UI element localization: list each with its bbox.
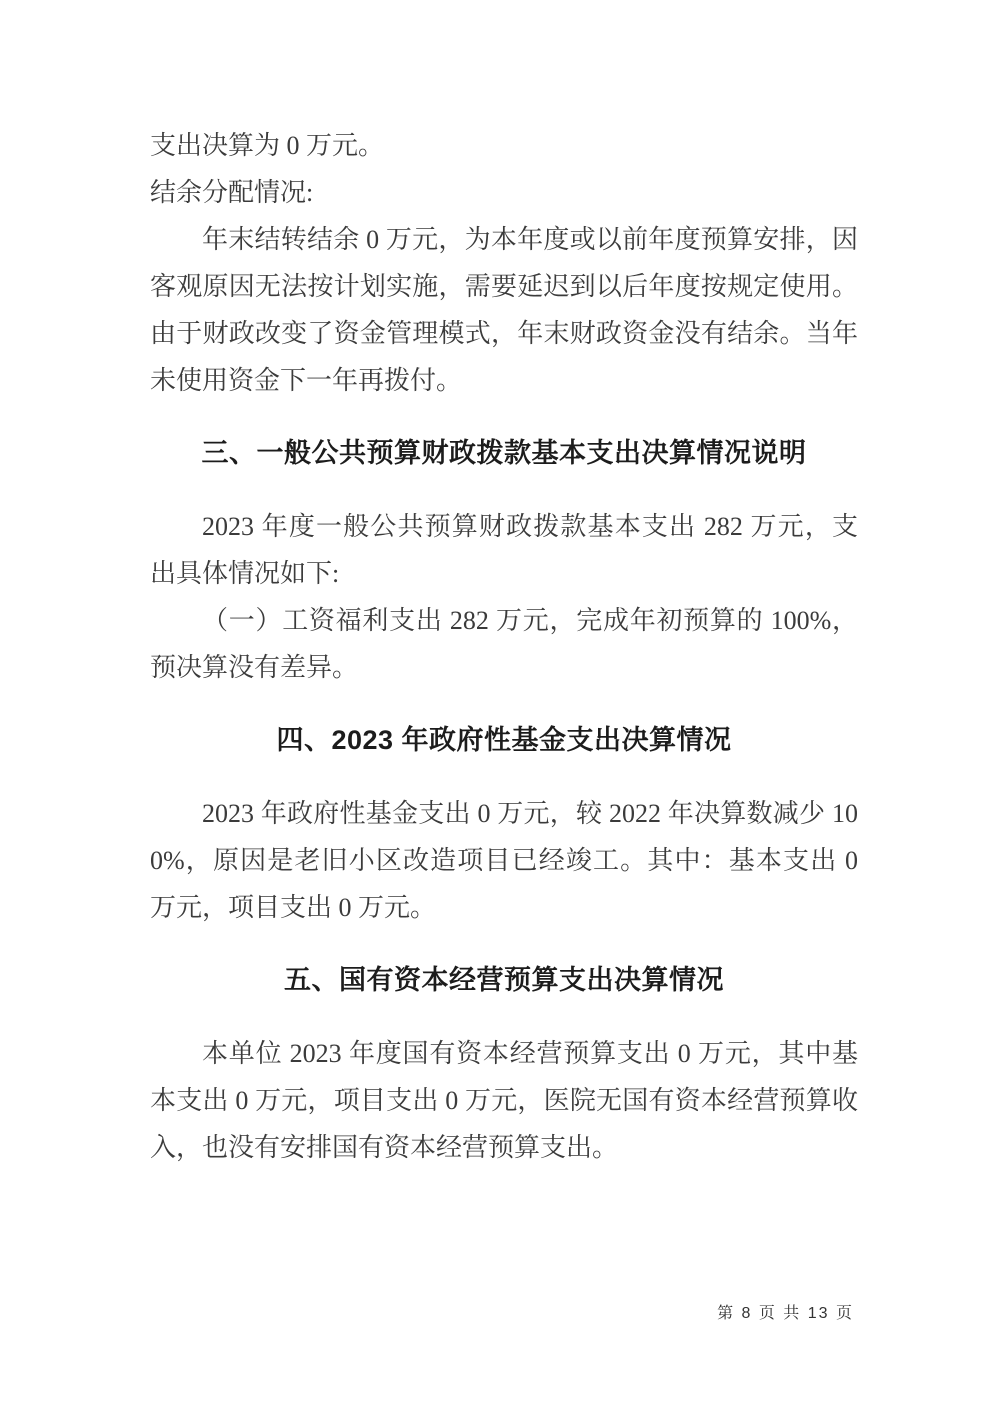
- paragraph-section5-state-capital-detail: 本单位 2023 年度国有资本经营预算支出 0 万元，其中基本支出 0 万元，项…: [150, 1030, 858, 1171]
- section-heading-4-government-fund: 四、2023 年政府性基金支出决算情况: [150, 717, 858, 764]
- document-body: 支出决算为 0 万元。 结余分配情况: 年末结转结余 0 万元，为本年度或以前年…: [150, 122, 858, 1171]
- document-page: 支出决算为 0 万元。 结余分配情况: 年末结转结余 0 万元，为本年度或以前年…: [0, 0, 1000, 1414]
- paragraph-section3-intro: 2023 年度一般公共预算财政拨款基本支出 282 万元，支出具体情况如下:: [150, 503, 858, 597]
- paragraph-section3-item1-wages: （一）工资福利支出 282 万元，完成年初预算的 100%，预决算没有差异。: [150, 597, 858, 691]
- section-heading-3-basic-expenditure: 三、一般公共预算财政拨款基本支出决算情况说明: [150, 430, 858, 477]
- paragraph-yearend-carryover-detail: 年末结转结余 0 万元，为本年度或以前年度预算安排，因客观原因无法按计划实施，需…: [150, 216, 858, 404]
- paragraph-surplus-distribution-label: 结余分配情况:: [150, 169, 858, 216]
- paragraph-carryover-expenditure: 支出决算为 0 万元。: [150, 122, 858, 169]
- paragraph-section4-government-fund-detail: 2023 年政府性基金支出 0 万元，较 2022 年决算数减少 100%，原因…: [150, 790, 858, 931]
- section-heading-5-state-capital: 五、国有资本经营预算支出决算情况: [150, 957, 858, 1004]
- page-number-footer: 第 8 页 共 13 页: [717, 1302, 854, 1326]
